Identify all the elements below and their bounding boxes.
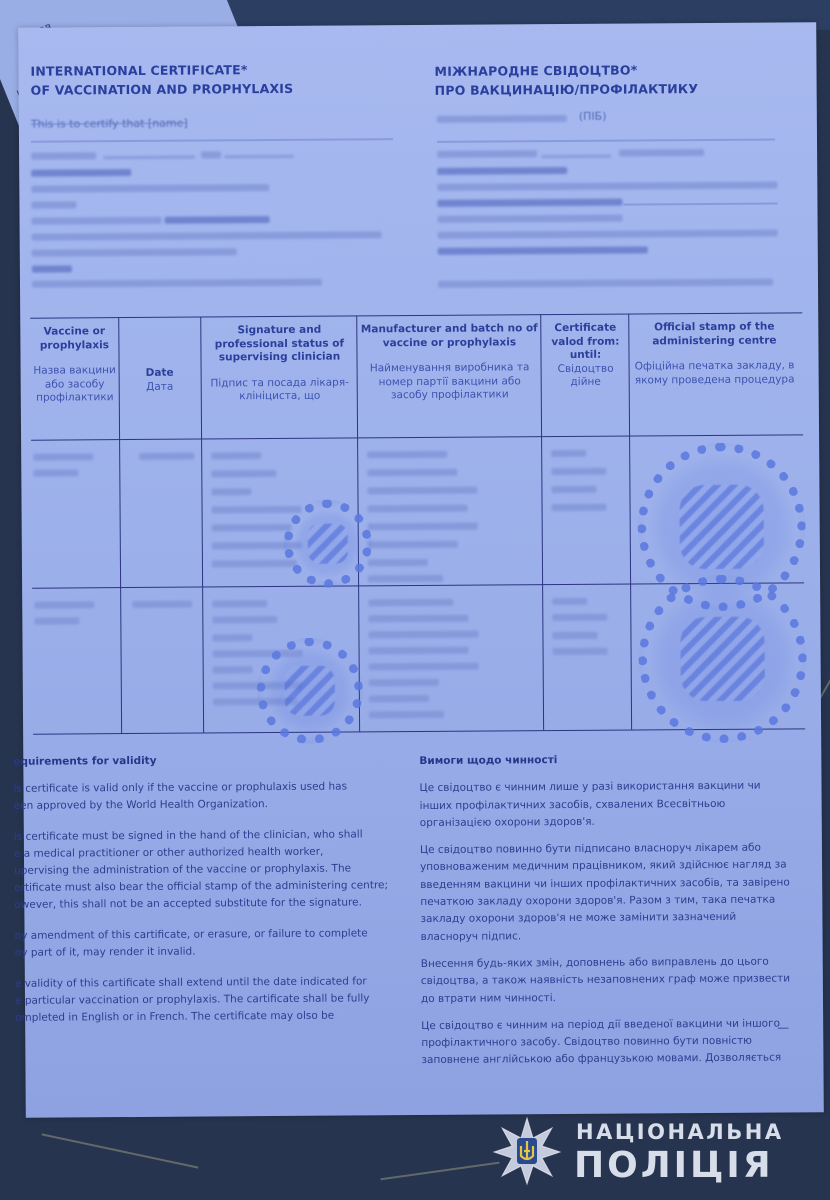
redacted-field [437,199,622,207]
column-header-vaccine: Vaccine or prophylaxis Назва вакцини або… [30,325,119,405]
redacted-cell [33,469,78,476]
table-border [30,312,802,318]
redacted-field [32,265,72,272]
redacted-cell [212,600,267,607]
title-ukrainian: МІЖНАРОДНЕ СВІДОЦТВО* ПРО ВАКЦИНАЦІЮ/ПРО… [434,60,698,100]
redacted-field [541,155,611,158]
redacted-cell [368,505,468,513]
redacted-cell [211,470,276,477]
redacted-cell [369,647,469,655]
background-line [42,1133,199,1168]
requirements-heading-uk: Вимоги щодо чинності [419,750,789,770]
requirements-english: equirements for validity is certificate … [13,751,395,1041]
redacted-cell [212,506,302,514]
requirement-paragraph: Внесення будь-яких змін, доповнень або в… [421,953,791,1007]
redacted-cell [211,488,251,495]
redacted-cell [552,632,597,639]
redacted-field [103,156,195,160]
title-en-line2: OF VACCINATION AND PROPHYLAXIS [31,79,294,100]
redacted-cell [553,648,608,655]
redacted-field [31,152,96,159]
requirement-paragraph: ny amendment of this cartificate, or era… [14,925,394,962]
redacted-cell [552,504,607,511]
name-underline [31,138,393,143]
redacted-cell [369,711,444,719]
background-line [380,1162,499,1181]
redacted-cell [368,615,468,623]
column-header-validity: Certificate valod from: until: Свідоцтво… [544,322,626,390]
watermark-line2: ПОЛІЦІЯ [574,1146,774,1186]
redacted-field [438,215,623,223]
column-header-date: Date Дата [119,367,201,395]
redacted-cell [211,452,261,459]
redacted-cell [368,631,478,639]
vaccination-table: Vaccine or prophylaxis Назва вакцини або… [30,312,819,727]
requirement-paragraph: is certificate is valid only if the vacc… [13,778,393,815]
redacted-field [165,216,270,224]
redacted-field [32,248,237,256]
margin-mark: — [777,1020,789,1034]
table-border [200,317,204,733]
redacted-cell [212,616,277,623]
table-border [31,434,803,440]
requirement-paragraph: e validity of this cartificate shall ext… [15,973,395,1027]
watermark-line1: НАЦІОНАЛЬНА [576,1120,784,1144]
redacted-field [438,246,648,254]
redacted-cell [368,541,458,549]
redacted-field [31,184,269,193]
redacted-cell [33,453,93,460]
table-border [540,314,544,730]
requirements-ukrainian: Вимоги щодо чинності Це свідоцтво є чинн… [419,750,791,1079]
title-uk-line1: МІЖНАРОДНЕ СВІДОЦТВО* [434,60,698,81]
requirement-paragraph: is certificate must be signed in the han… [14,826,395,914]
police-star-trident-icon [492,1116,562,1186]
requirement-paragraph: Це свідоцтво є чинним на період дії введ… [421,1015,791,1069]
redacted-field [619,149,704,157]
redacted-field [438,230,778,239]
table-border [628,314,632,730]
redacted-cell [212,560,297,568]
clinician-stamp [256,637,363,744]
redacted-cell [212,634,252,641]
police-watermark: НАЦІОНАЛЬНА ПОЛІЦІЯ [492,1112,812,1192]
title-uk-line2: ПРО ВАКЦИНАЦІЮ/ПРОФІЛАКТИКУ [435,79,699,100]
redacted-cell [34,617,79,624]
certify-label-uk: (ПІБ) [579,110,607,123]
title-english: INTERNATIONAL CERTIFICATE* OF VACCINATIO… [30,60,293,100]
redacted-field [224,155,294,158]
redacted-field [437,150,537,158]
column-header-signature: Signature and professional status of sup… [204,323,355,404]
redacted-cell [369,679,439,686]
redacted-field [438,279,773,288]
redacted-field [31,169,131,177]
field-underline [623,203,777,206]
redacted-cell [213,666,253,673]
redacted-cell [139,453,194,460]
title-en-line1: INTERNATIONAL CERTIFICATE* [30,60,293,81]
certificate-sheet: INTERNATIONAL CERTIFICATE* OF VACCINATIO… [18,22,824,1118]
requirement-paragraph: Це свідоцтво є чинним лише у разі викори… [419,778,789,832]
redacted-field [31,201,76,208]
redacted-cell [368,559,428,566]
redacted-cell [132,601,192,608]
redacted-cell [34,601,94,608]
redacted-cell [367,451,447,459]
redacted-cell [367,469,457,477]
redacted-cell [552,614,607,621]
requirement-paragraph: Це свідоцтво повинно бути підписано влас… [420,840,791,946]
column-header-manufacturer: Manufacturer and batch no of vaccine or … [360,322,539,403]
clinician-stamp [284,499,373,588]
redacted-cell [369,695,429,702]
redacted-field [437,167,567,175]
column-header-stamp: Official stamp of the administering cent… [634,320,794,387]
redacted-cell [368,575,443,583]
redacted-field [32,231,382,240]
certify-label-en: This is to certify that [name] [31,117,188,131]
redacted-field [32,217,162,225]
redacted-cell [367,487,477,495]
redacted-cell [551,450,586,457]
redacted-field [201,151,221,158]
redacted-field [32,279,322,288]
requirements-heading-en: equirements for validity [13,751,393,771]
redacted-cell [212,524,292,532]
redacted-cell [369,663,479,671]
redacted-cell [551,468,606,475]
redacted-cell [368,599,453,607]
official-stamp [638,574,807,743]
redacted-cell [551,486,596,493]
name-underline [437,139,775,143]
redacted-cell [552,598,587,605]
redacted-cell [368,523,478,531]
redacted-field [437,182,777,191]
redacted-field [437,115,567,123]
